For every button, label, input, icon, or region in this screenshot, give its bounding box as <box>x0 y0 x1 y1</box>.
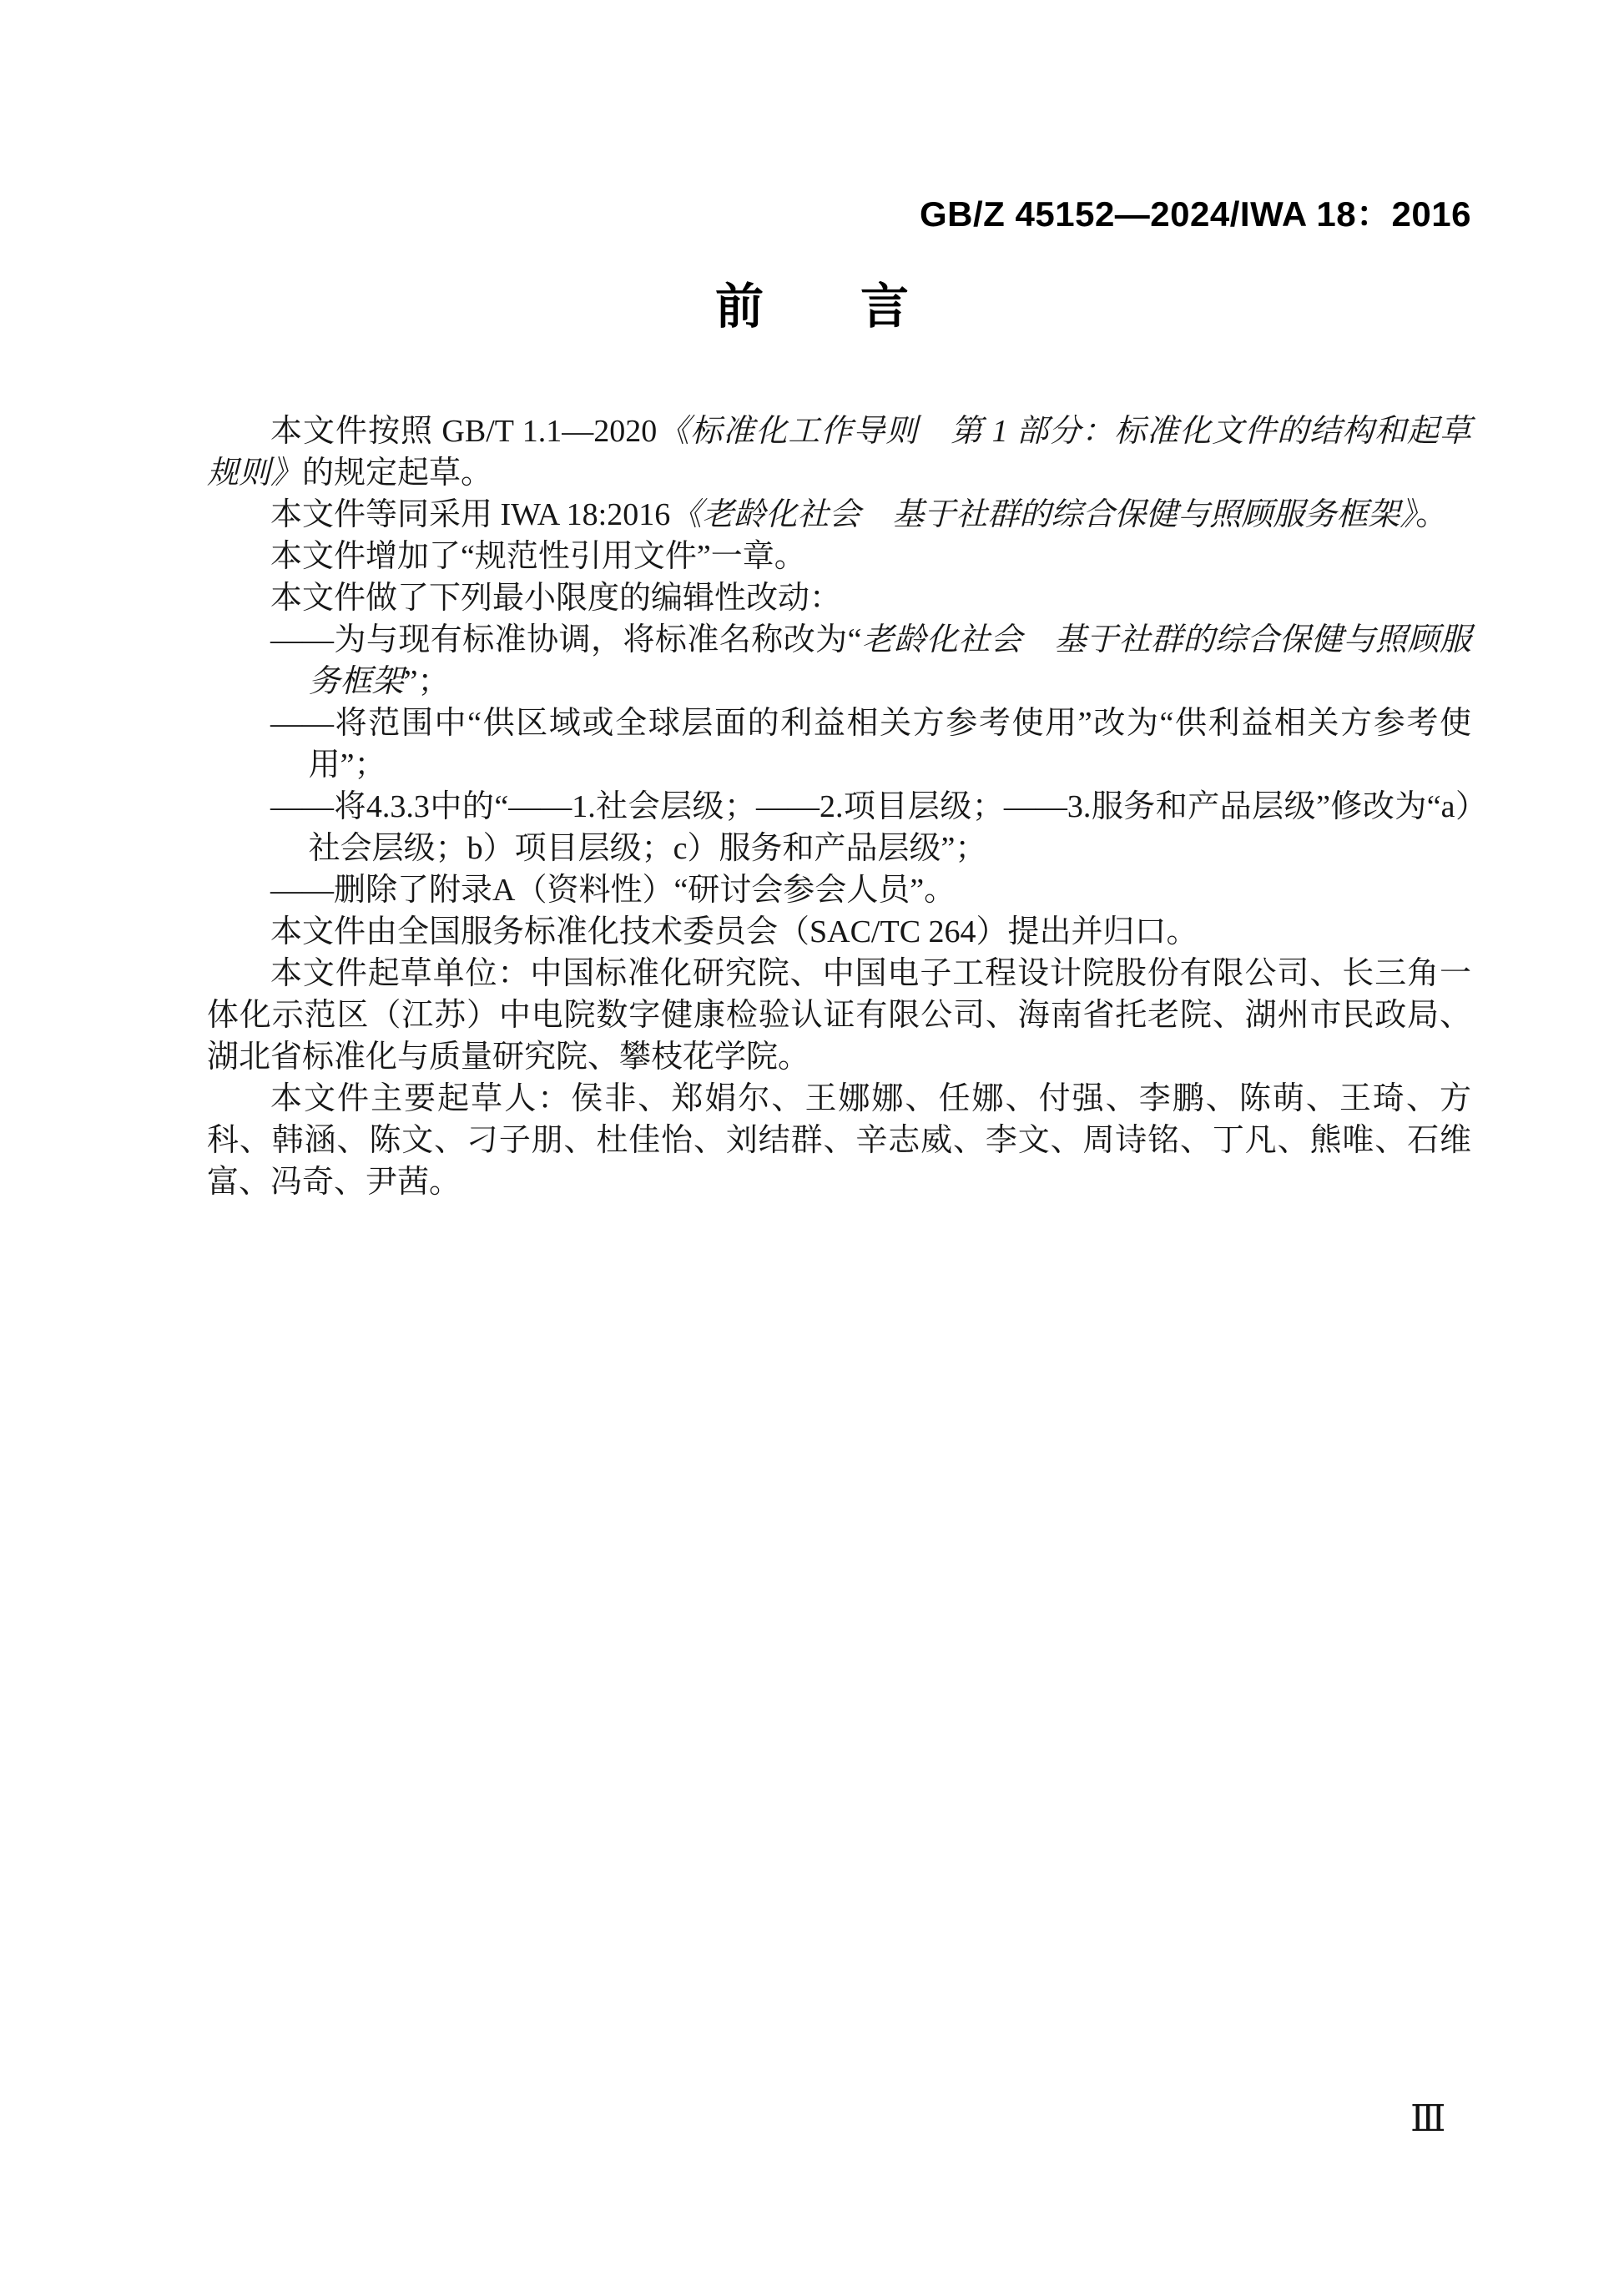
text-segment: ——为与现有标准协调，将标准名称改为“ <box>270 622 861 657</box>
text-segment: 本文件起草单位：中国标准化研究院、中国电子工程设计院股份有限公司、长三角一体化示… <box>207 956 1471 1075</box>
text-segment: 本文件等同采用 IWA 18:2016 <box>270 497 670 532</box>
text-segment: ”； <box>404 664 450 699</box>
dash-list-item: ——为与现有标准协调，将标准名称改为“老龄化社会 基于社群的综合保健与照顾服务框… <box>207 619 1471 702</box>
paragraph: 本文件按照 GB/T 1.1—2020《标准化工作导则 第 1 部分：标准化文件… <box>207 410 1471 494</box>
standard-title-text: 《老龄化社会 基于社群的综合保健与照顾服务框架》 <box>670 497 1415 532</box>
text-segment: 本文件增加了“规范性引用文件”一章。 <box>270 539 806 574</box>
text-segment: 本文件由全国服务标准化技术委员会（SAC/TC 264）提出并归口。 <box>270 914 1198 949</box>
text-segment: 。 <box>1415 497 1447 532</box>
text-segment: ——删除了附录A（资料性）“研讨会参会人员”。 <box>270 873 956 908</box>
paragraph: 本文件增加了“规范性引用文件”一章。 <box>207 536 1471 577</box>
paragraph: 本文件由全国服务标准化技术委员会（SAC/TC 264）提出并归口。 <box>207 911 1471 953</box>
text-segment: 的规定起草。 <box>302 456 492 491</box>
paragraph: 本文件等同采用 IWA 18:2016《老龄化社会 基于社群的综合保健与照顾服务… <box>207 494 1471 536</box>
dash-list-item: ——将4.3.3中的“——1.社会层级；——2.项目层级；——3.服务和产品层级… <box>207 786 1471 869</box>
paragraph: 本文件起草单位：中国标准化研究院、中国电子工程设计院股份有限公司、长三角一体化示… <box>207 953 1471 1078</box>
dash-list-item: ——删除了附录A（资料性）“研讨会参会人员”。 <box>207 869 1471 911</box>
page-title: 前 言 <box>0 280 1624 334</box>
text-segment: 本文件按照 GB/T 1.1—2020 <box>270 414 657 449</box>
foreword-body: 本文件按照 GB/T 1.1—2020《标准化工作导则 第 1 部分：标准化文件… <box>207 410 1471 1203</box>
document-page: GB/Z 45152—2024/IWA 18：2016 前 言 本文件按照 GB… <box>0 0 1624 2296</box>
dash-list-item: ——将范围中“供区域或全球层面的利益相关方参考使用”改为“供利益相关方参考使用”… <box>207 702 1471 786</box>
text-segment: ——将4.3.3中的“——1.社会层级；——2.项目层级；——3.服务和产品层级… <box>270 789 1471 866</box>
standard-number-header: GB/Z 45152—2024/IWA 18：2016 <box>920 187 1471 237</box>
page-number: Ⅲ <box>1410 2101 1445 2137</box>
paragraph: 本文件主要起草人：侯非、郑娟尔、王娜娜、任娜、付强、李鹏、陈萌、王琦、方科、韩涵… <box>207 1078 1471 1203</box>
text-segment: ——将范围中“供区域或全球层面的利益相关方参考使用”改为“供利益相关方参考使用”… <box>270 706 1471 783</box>
text-segment: 本文件做了下列最小限度的编辑性改动： <box>270 581 841 616</box>
text-segment: 本文件主要起草人：侯非、郑娟尔、王娜娜、任娜、付强、李鹏、陈萌、王琦、方科、韩涵… <box>207 1081 1471 1200</box>
paragraph: 本文件做了下列最小限度的编辑性改动： <box>207 577 1471 619</box>
